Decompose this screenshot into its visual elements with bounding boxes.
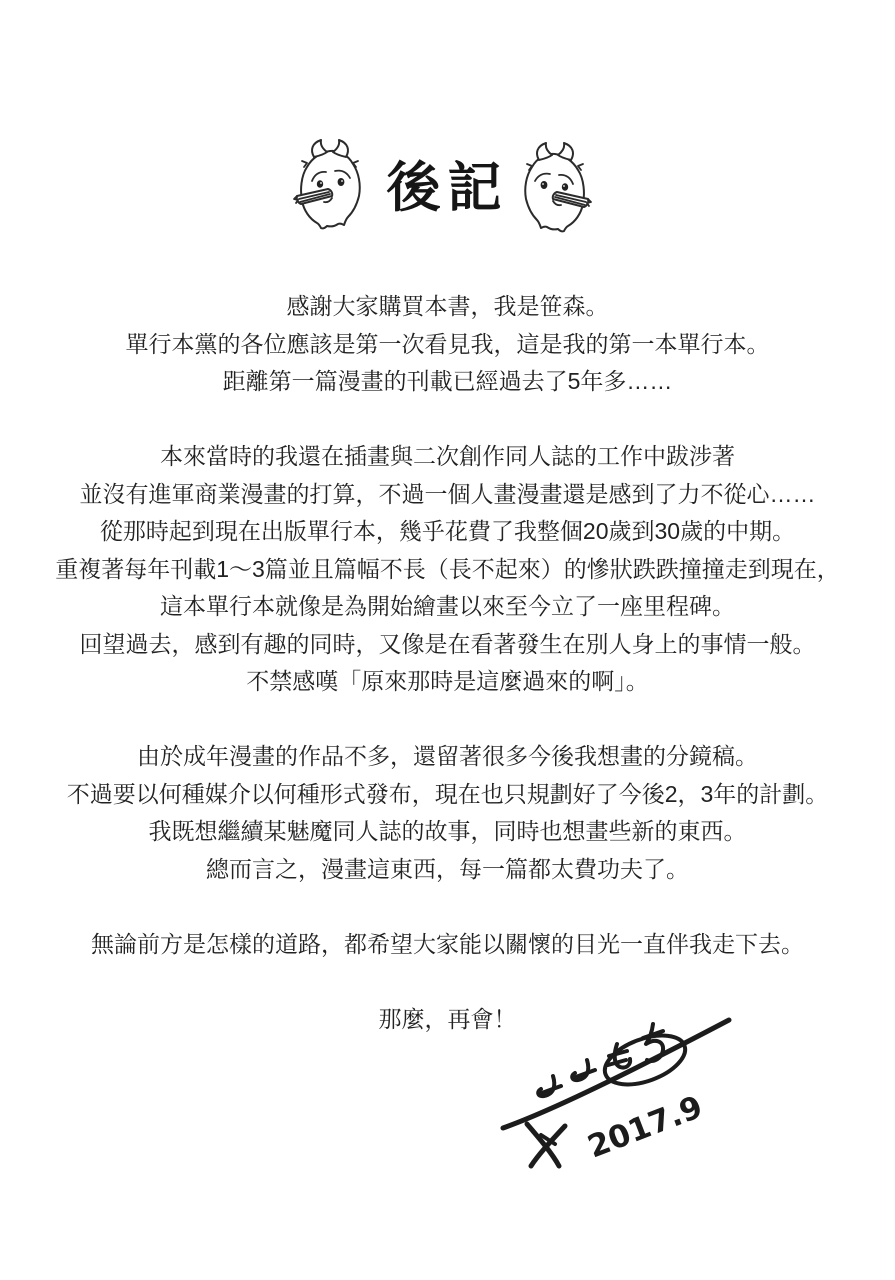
horned-imp-mascot-mirrored-icon: [516, 141, 594, 233]
afterword-line: 從那時起到現在出版單行本，幾乎花費了我整個20歲到30歲的中期。: [0, 513, 895, 551]
paragraph-history: 本來當時的我還在插畫與二次創作同人誌的工作中跋涉著 並沒有進軍商業漫畫的打算，不…: [0, 438, 895, 701]
afterword-line: 無論前方是怎樣的道路，都希望大家能以關懷的目光一直伴我走下去。: [0, 926, 895, 964]
artist-signature: ささもち 2017.9: [497, 1008, 735, 1170]
afterword-line: 那麼，再會！: [0, 1001, 895, 1039]
afterword-line: 單行本黨的各位應該是第一次看見我，這是我的第一本單行本。: [0, 326, 895, 364]
afterword-text: 感謝大家購買本書，我是笹森。 單行本黨的各位應該是第一次看見我，這是我的第一本單…: [0, 288, 895, 1038]
afterword-line: 這本單行本就像是為開始繪畫以來至今立了一座里程碑。: [0, 588, 895, 626]
afterword-line: 感謝大家購買本書，我是笹森。: [0, 288, 895, 326]
page-title: 後記: [387, 145, 509, 222]
afterword-line: 總而言之，漫畫這東西，每一篇都太費功夫了。: [0, 851, 895, 889]
afterword-page: 後記 感: [0, 0, 895, 1280]
afterword-line: 距離第一篇漫畫的刊載已經過去了5年多……: [0, 363, 895, 401]
afterword-line: 不禁感嘆「原來那時是這麼過來的啊」。: [0, 663, 895, 701]
afterword-line: 我既想繼續某魅魔同人誌的故事，同時也想畫些新的東西。: [0, 813, 895, 851]
afterword-line: 本來當時的我還在插畫與二次創作同人誌的工作中跋涉著: [0, 438, 895, 476]
paragraph-future-plans: 由於成年漫畫的作品不多，還留著很多今後我想畫的分鏡稿。 不過要以何種媒介以何種形…: [0, 738, 895, 888]
afterword-line: 回望過去，感到有趣的同時，又像是在看著發生在別人身上的事情一般。: [0, 626, 895, 664]
afterword-line: 不過要以何種媒介以何種形式發布，現在也只規劃好了今後2，3年的計劃。: [0, 776, 895, 814]
afterword-line: 由於成年漫畫的作品不多，還留著很多今後我想畫的分鏡稿。: [0, 738, 895, 776]
signature-date: 2017.9: [583, 1089, 708, 1165]
afterword-line: 重複著每年刊載1～3篇並且篇幅不長（長不起來）的慘狀跌跌撞撞走到現在，: [0, 551, 895, 589]
horned-imp-mascot-icon: [291, 138, 369, 230]
paragraph-thanks: 無論前方是怎樣的道路，都希望大家能以關懷的目光一直伴我走下去。: [0, 926, 895, 964]
afterword-line: 並沒有進軍商業漫畫的打算，不過一個人畫漫畫還是感到了力不從心……: [0, 476, 895, 514]
paragraph-farewell: 那麼，再會！: [0, 1001, 895, 1039]
paragraph-greeting: 感謝大家購買本書，我是笹森。 單行本黨的各位應該是第一次看見我，這是我的第一本單…: [0, 288, 895, 401]
afterword-header: 後記: [0, 135, 895, 235]
